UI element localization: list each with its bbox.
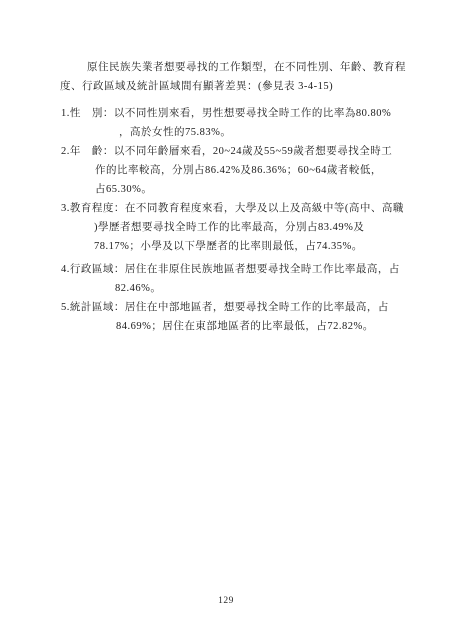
- item-education-line-1: 3.教育程度：在不同教育程度來看，大學及以上及高級中等(高中、高職: [61, 202, 404, 215]
- item-gender-line-1: 1.性 別：以不同性別來看，男性想要尋找全時工作的比率為80.80%: [61, 107, 391, 120]
- item-stat-region-line-1: 5.統計區域：居住在中部地區者，想要尋找全時工作的比率最高，占: [61, 301, 389, 314]
- item-admin-region-line-1: 4.行政區域：居住在非原住民族地區者想要尋找全時工作比率最高，占: [61, 263, 400, 276]
- item-age-line-2: 作的比率較高，分別占86.42%及86.36%；60~64歲者較低，: [95, 164, 382, 177]
- item-stat-region-line-2: 84.69%；居住在東部地區者的比率最低，占72.82%。: [116, 320, 374, 333]
- item-admin-region-line-2: 82.46%。: [115, 282, 161, 295]
- page-number: 129: [0, 596, 452, 606]
- document-page: 原住民族失業者想要尋找的工作類型，在不同性別、年齡、教育程 度、行政區域及統計區…: [0, 0, 452, 640]
- item-age-line-1: 2.年 齡：以不同年齡層來看，20~24歲及55~59歲者想要尋找全時工: [61, 145, 392, 158]
- item-age-line-3: 占65.30%。: [95, 183, 152, 196]
- item-education-line-3: 78.17%；小學及以下學歷者的比率則最低，占74.35%。: [94, 240, 363, 253]
- intro-paragraph-line-1: 原住民族失業者想要尋找的工作類型，在不同性別、年齡、教育程: [87, 61, 406, 74]
- item-education-line-2: )學歷者想要尋找全時工作的比率最高，分別占83.49%及: [94, 221, 364, 234]
- item-gender-line-2: ，高於女性的75.83%。: [119, 126, 231, 139]
- intro-paragraph-line-2: 度、行政區域及統計區域間有顯著差異：(參見表 3-4-15): [60, 80, 333, 93]
